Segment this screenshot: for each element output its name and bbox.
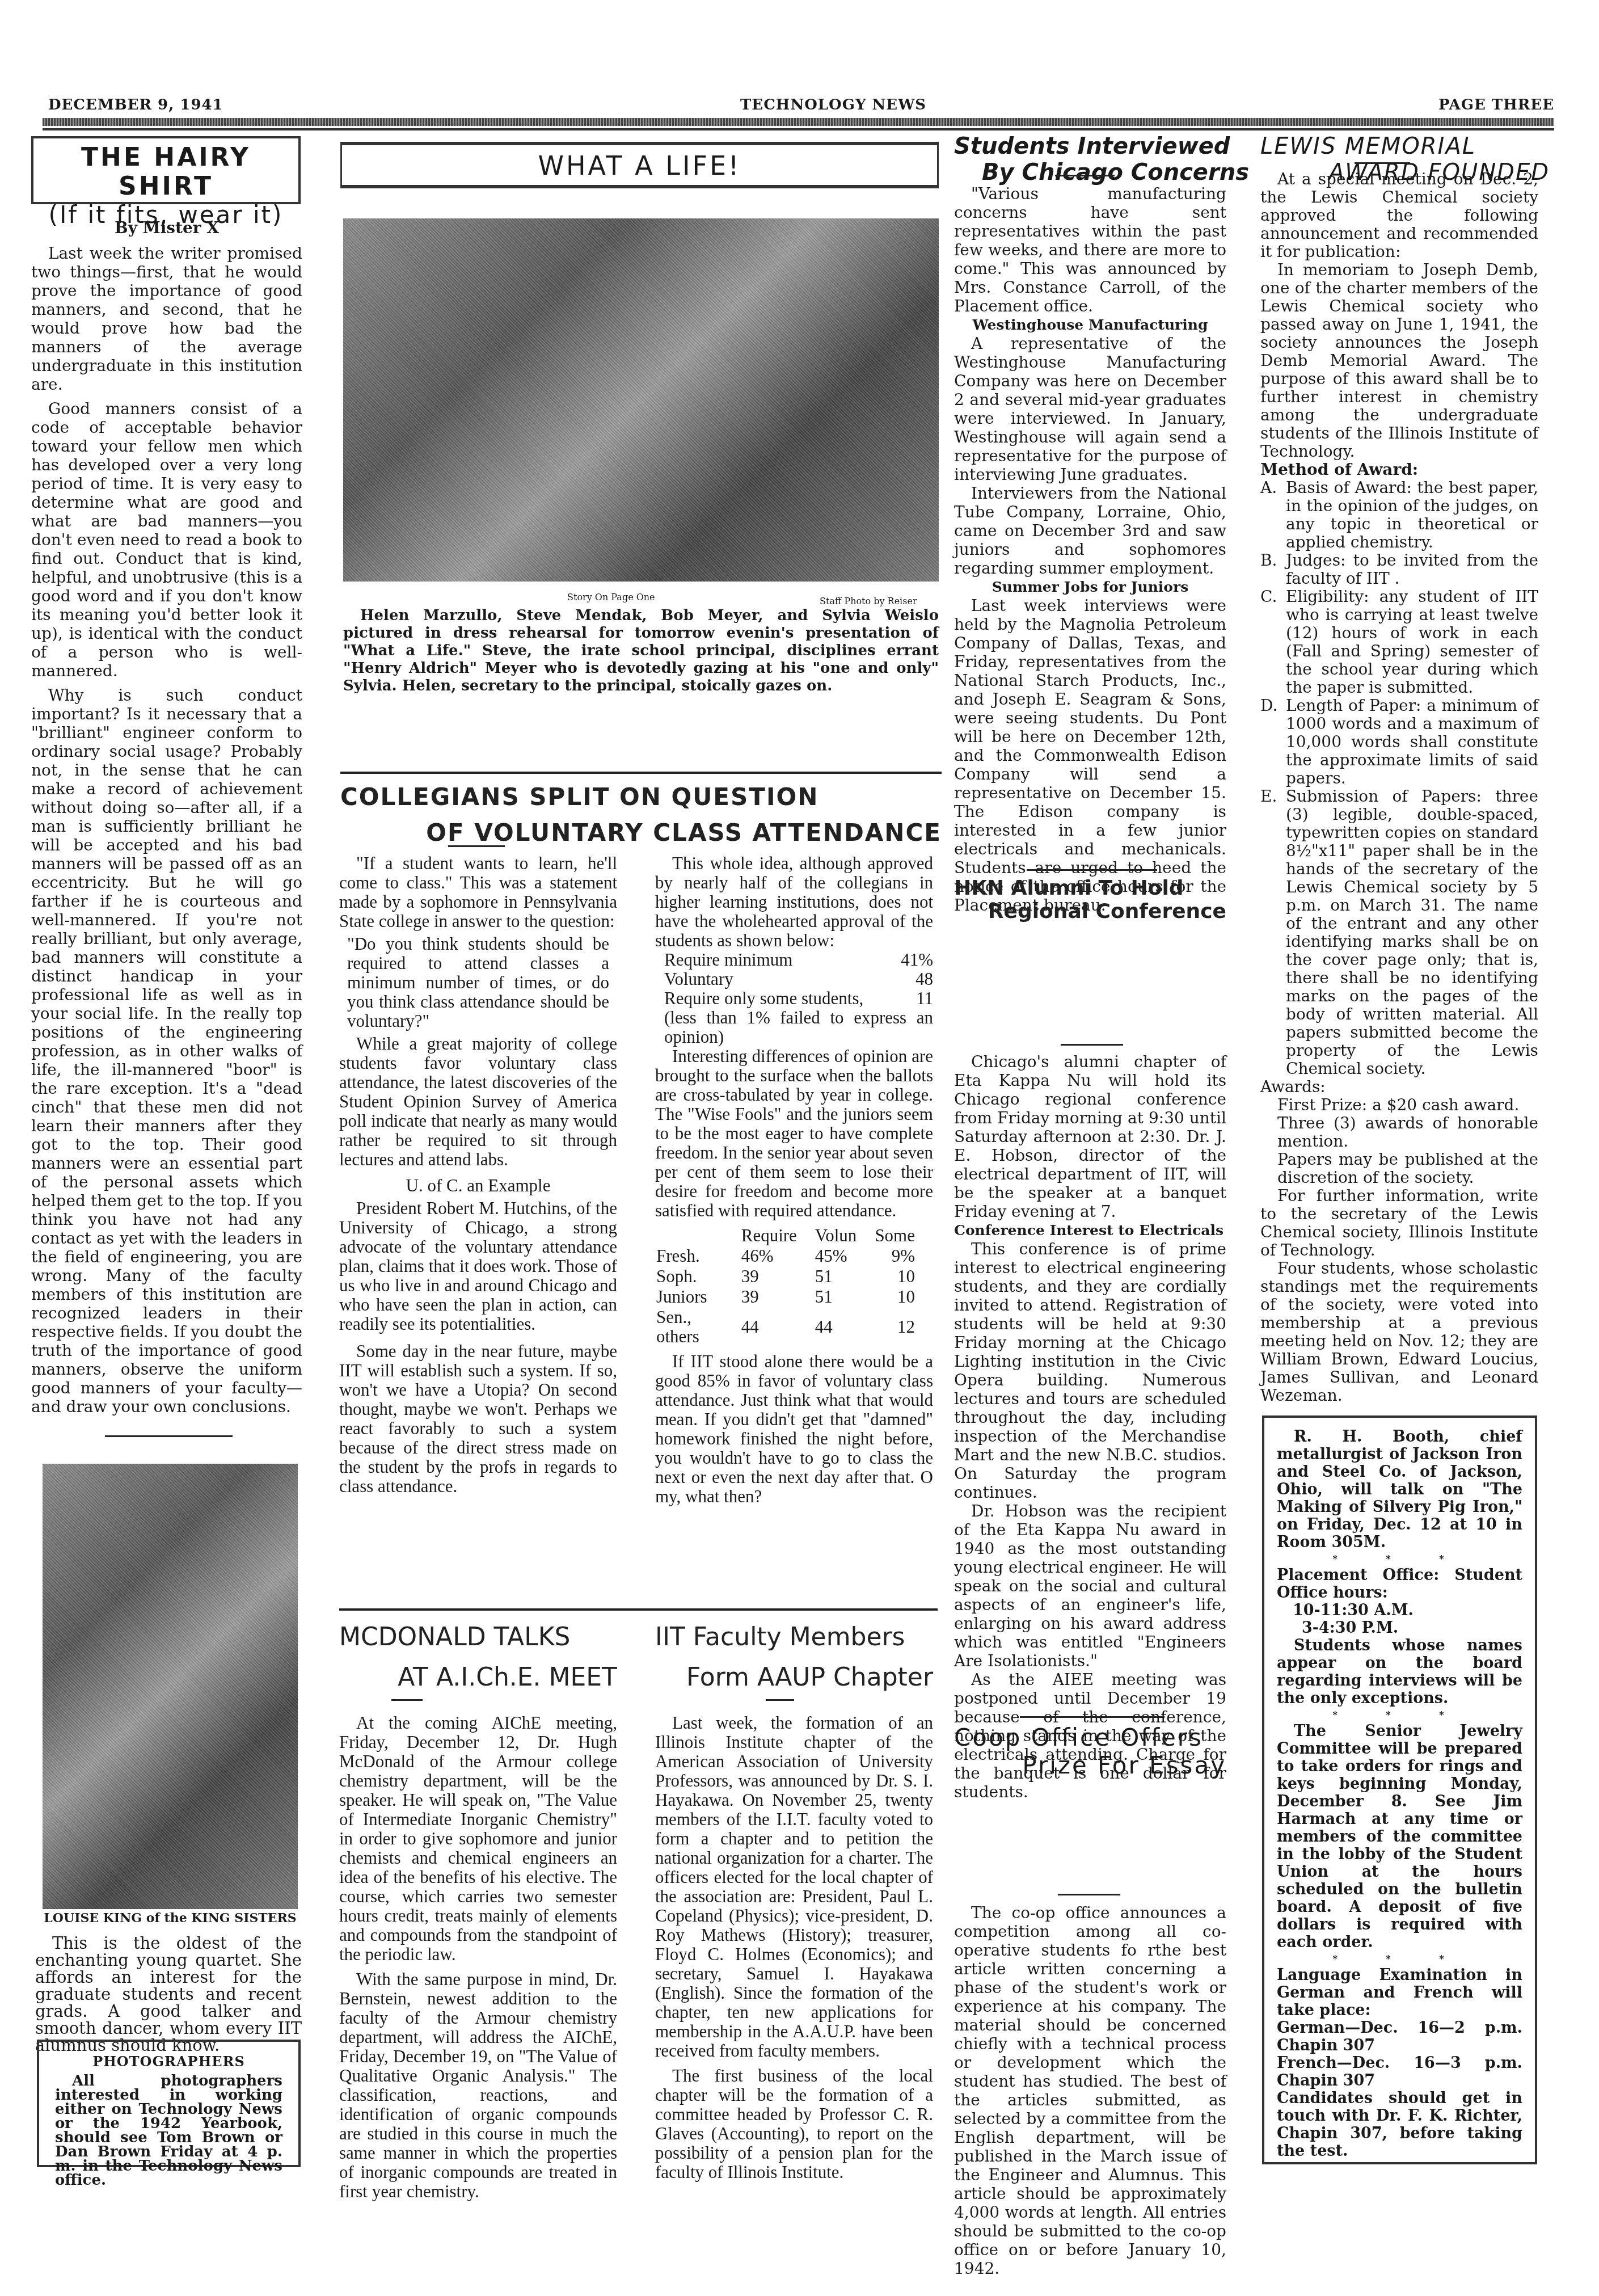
paragraph: This conference is of prime interest to … bbox=[954, 1240, 1226, 1502]
table-cell: 12 bbox=[875, 1308, 932, 1346]
paragraph: At a special meeting on Dec. 2, the Lewi… bbox=[1260, 170, 1538, 261]
newspaper-name: TECHNOLOGY NEWS bbox=[740, 96, 926, 113]
poll-value: 41% bbox=[901, 950, 933, 970]
item-label: A. bbox=[1260, 479, 1286, 551]
table-row: Fresh. 46% 45% 9% bbox=[656, 1246, 932, 1266]
table-cell: 9% bbox=[875, 1246, 932, 1266]
byline: By Mister X bbox=[31, 218, 302, 237]
table-row: Sen., others 44 44 12 bbox=[656, 1308, 932, 1346]
paragraph: With the same purpose in mind, Dr. Berns… bbox=[339, 1970, 617, 2201]
what-a-life-caption: Helen Marzullo, Steve Mendak, Bob Meyer,… bbox=[343, 607, 939, 695]
subhead: Summer Jobs for Juniors bbox=[954, 578, 1226, 596]
table-cell: Juniors bbox=[656, 1287, 740, 1307]
aaup-headline: IIT Faculty Members Form AAUP Chapter bbox=[655, 1623, 933, 1692]
paragraph: A representative of the Westinghouse Man… bbox=[954, 334, 1226, 484]
students-interviewed-article: "Various manufacturing concerns have sen… bbox=[954, 184, 1226, 915]
mcdonald-headline: MCDONALD TALKS AT A.I.Ch.E. MEET bbox=[339, 1623, 617, 1692]
headline-line1: LEWIS MEMORIAL bbox=[1260, 133, 1550, 159]
bulletin-box: R. H. Booth, chief metallurgist of Jacks… bbox=[1262, 1415, 1537, 2164]
table-cell: 45% bbox=[815, 1246, 874, 1266]
paragraph: Last week the writer promised two things… bbox=[31, 244, 302, 394]
poll-note: (less than 1% failed to express an opini… bbox=[664, 1008, 933, 1047]
placement-hours-pm: 3-4:30 P.M. bbox=[1277, 1619, 1522, 1637]
table-cell: 51 bbox=[815, 1267, 874, 1286]
headline-line2: Form AAUP Chapter bbox=[655, 1663, 933, 1692]
hairy-shirt-title: THE HAIRY SHIRT bbox=[33, 143, 298, 201]
item-text: Judges: to be invited from the faculty o… bbox=[1286, 551, 1538, 588]
item-text: Submission of Papers: three (3) legible,… bbox=[1286, 787, 1538, 1078]
headline-line1: Students Interviewed bbox=[954, 133, 1249, 159]
subhead: U. of C. an Example bbox=[339, 1176, 617, 1195]
louise-king-photo bbox=[43, 1464, 298, 1909]
award-first-prize: First Prize: a $20 cash award. bbox=[1260, 1096, 1538, 1114]
article-end-rule bbox=[1020, 1716, 1165, 1718]
item-text: Length of Paper: a minimum of 1000 words… bbox=[1286, 697, 1538, 787]
poll-value: 11 bbox=[916, 989, 933, 1008]
coop-headline: Coop Office Offers Prize For Essay bbox=[954, 1724, 1226, 1779]
paragraph: While a great majority of college studen… bbox=[339, 1034, 617, 1169]
award-publish: Papers may be published at the discretio… bbox=[1260, 1151, 1538, 1187]
paragraph: This is the oldest of the enchanting you… bbox=[35, 1935, 302, 2054]
german-exam: German—Dec. 16—2 p.m. Chapin 307 bbox=[1277, 2019, 1522, 2054]
aaup-article: Last week, the formation of an Illinois … bbox=[655, 1713, 933, 2182]
poll-results: Require minimum 41% Voluntary 48 Require… bbox=[664, 950, 933, 1047]
french-exam: French—Dec. 16—3 p.m. Chapin 307 bbox=[1277, 2054, 1522, 2089]
table-cell: 39 bbox=[741, 1287, 814, 1307]
what-a-life-title: WHAT A LIFE! bbox=[340, 142, 939, 188]
paragraph: Chicago's alumni chapter of Eta Kappa Nu… bbox=[954, 1052, 1226, 1221]
coop-article: The co-op office announces a competition… bbox=[954, 1903, 1226, 2278]
photo-credit-staff: Staff Photo by Reiser bbox=[820, 596, 917, 606]
award-honorable: Three (3) awards of honorable mention. bbox=[1260, 1114, 1538, 1151]
headline-rule bbox=[1058, 1894, 1120, 1895]
subhead: Westinghouse Manufacturing bbox=[954, 315, 1226, 334]
table-cell: 10 bbox=[875, 1287, 932, 1307]
headline-line2: Regional Conference bbox=[954, 900, 1226, 923]
poll-row: Require minimum 41% bbox=[664, 950, 933, 970]
poll-label: Voluntary bbox=[664, 970, 733, 989]
item-label: B. bbox=[1260, 551, 1286, 588]
item-label: E. bbox=[1260, 787, 1286, 1078]
headline-rule bbox=[766, 1699, 794, 1701]
paragraph: Last week, the formation of an Illinois … bbox=[655, 1713, 933, 2061]
section-rule bbox=[340, 772, 942, 774]
headline-rule bbox=[391, 1699, 423, 1701]
paragraph: Interviewers from the National Tube Comp… bbox=[954, 484, 1226, 578]
paragraph: President Robert M. Hutchins, of the Uni… bbox=[339, 1199, 617, 1334]
language-exam-title: Language Examination in German and Frenc… bbox=[1277, 1966, 1522, 2019]
paragraph: If IIT stood alone there would be a good… bbox=[655, 1352, 933, 1506]
paragraph: Interesting differences of opinion are b… bbox=[655, 1047, 933, 1220]
lewis-article: At a special meeting on Dec. 2, the Lewi… bbox=[1260, 170, 1538, 1405]
separator-stars: * * * bbox=[1277, 1553, 1522, 1564]
separator-stars: * * * bbox=[1277, 1709, 1522, 1720]
page-number: PAGE THREE bbox=[1438, 96, 1554, 113]
award-rule-c: C.Eligibility: any student of IIT who is… bbox=[1260, 588, 1538, 697]
students-interviewed-headline: Students Interviewed By Chicago Concerns bbox=[954, 133, 1249, 186]
item-label: C. bbox=[1260, 588, 1286, 697]
mcdonald-article: At the coming AIChE meeting, Friday, Dec… bbox=[339, 1713, 617, 2201]
headline-line2: By Chicago Concerns bbox=[954, 159, 1249, 186]
table-cell: Fresh. bbox=[656, 1246, 740, 1266]
paragraph: The co-op office announces a competition… bbox=[954, 1903, 1226, 2278]
paragraph: This whole idea, although approved by ne… bbox=[655, 854, 933, 950]
subhead: Conference Interest to Electricals bbox=[954, 1221, 1226, 1240]
survey-question: "Do you think students should be require… bbox=[347, 934, 609, 1031]
paragraph: For further information, write to the se… bbox=[1260, 1187, 1538, 1259]
headline-line2: OF VOLUNTARY CLASS ATTENDANCE bbox=[340, 819, 942, 846]
hkn-headline: HKN Alumni To Hold Regional Conference bbox=[954, 877, 1226, 923]
hairy-shirt-header-box: THE HAIRY SHIRT (If it fits, wear it) bbox=[31, 136, 301, 204]
poll-row: Voluntary 48 bbox=[664, 970, 933, 989]
paragraph: Some day in the near future, maybe IIT w… bbox=[339, 1342, 617, 1496]
item-label: D. bbox=[1260, 697, 1286, 787]
hairy-shirt-article: By Mister X Last week the writer promise… bbox=[31, 218, 302, 1416]
award-rule-b: B.Judges: to be invited from the faculty… bbox=[1260, 551, 1538, 588]
table-cell: Volun bbox=[815, 1226, 874, 1245]
paragraph: "If a student wants to learn, he'll come… bbox=[339, 854, 617, 931]
headline-line2: Prize For Essay bbox=[954, 1751, 1226, 1779]
collegians-col2: This whole idea, although approved by ne… bbox=[655, 854, 933, 1506]
masthead: DECEMBER 9, 1941 TECHNOLOGY NEWS PAGE TH… bbox=[43, 96, 1554, 119]
paragraph: Last week interviews were held by the Ma… bbox=[954, 596, 1226, 915]
table-cell: Soph. bbox=[656, 1267, 740, 1286]
table-cell: Require bbox=[741, 1226, 814, 1245]
article-end-rule bbox=[105, 1435, 233, 1437]
section-rule bbox=[339, 1608, 938, 1611]
table-cell: 10 bbox=[875, 1267, 932, 1286]
booth-notice: R. H. Booth, chief metallurgist of Jacks… bbox=[1277, 1428, 1522, 1551]
table-row: Soph. 39 51 10 bbox=[656, 1267, 932, 1286]
paragraph: Four students, whose scholastic standing… bbox=[1260, 1259, 1538, 1405]
collegians-headline: COLLEGIANS SPLIT ON QUESTION OF VOLUNTAR… bbox=[340, 783, 942, 846]
headline-line1: IIT Faculty Members bbox=[655, 1623, 933, 1652]
table-cell: 51 bbox=[815, 1287, 874, 1307]
paragraph: Dr. Hobson was the recipient of the Eta … bbox=[954, 1502, 1226, 1670]
poll-label: Require only some students, bbox=[664, 989, 863, 1008]
caption-text: Helen Marzullo, Steve Mendak, Bob Meyer,… bbox=[343, 607, 939, 695]
headline-line1: MCDONALD TALKS bbox=[339, 1623, 617, 1652]
notice-title: PHOTOGRAPHERS bbox=[55, 2053, 282, 2070]
headline-rule bbox=[1055, 175, 1115, 176]
table-cell: 46% bbox=[741, 1246, 814, 1266]
table-cell: Sen., others bbox=[656, 1308, 740, 1346]
paragraph: At the coming AIChE meeting, Friday, Dec… bbox=[339, 1713, 617, 1964]
poll-value: 48 bbox=[915, 970, 933, 989]
masthead-rule bbox=[43, 118, 1554, 126]
issue-date: DECEMBER 9, 1941 bbox=[48, 96, 223, 113]
what-a-life-photo bbox=[343, 218, 939, 582]
photographers-notice: PHOTOGRAPHERS All photographers interest… bbox=[37, 2040, 301, 2167]
collegians-col1: "If a student wants to learn, he'll come… bbox=[339, 854, 617, 1496]
placement-hours-am: 10-11:30 A.M. bbox=[1277, 1602, 1522, 1619]
table-cell: Some bbox=[875, 1226, 932, 1245]
headline-line2: AT A.I.Ch.E. MEET bbox=[339, 1663, 617, 1692]
headline-line1: Coop Office Offers bbox=[954, 1724, 1226, 1751]
table-cell bbox=[656, 1226, 740, 1245]
headline-rule bbox=[1061, 1044, 1123, 1046]
placement-title: Placement Office: Student Office hours: bbox=[1277, 1566, 1522, 1602]
louise-king-text: This is the oldest of the enchanting you… bbox=[35, 1935, 302, 2054]
table-cell: 39 bbox=[741, 1267, 814, 1286]
award-rule-a: A.Basis of Award: the best paper, in the… bbox=[1260, 479, 1538, 551]
headline-rule bbox=[1355, 162, 1410, 164]
headline-line1: COLLEGIANS SPLIT ON QUESTION bbox=[340, 783, 942, 811]
paragraph: The first business of the local chapter … bbox=[655, 2066, 933, 2182]
class-year-table: Require Volun Some Fresh. 46% 45% 9% Sop… bbox=[655, 1225, 933, 1347]
placement-note: Students whose names appear on the board… bbox=[1277, 1637, 1522, 1707]
poll-label: Require minimum bbox=[664, 950, 792, 970]
notice-text: All photographers interested in working … bbox=[55, 2074, 282, 2188]
item-text: Basis of Award: the best paper, in the o… bbox=[1286, 479, 1538, 551]
table-row: Juniors 39 51 10 bbox=[656, 1287, 932, 1307]
separator-stars: * * * bbox=[1277, 1953, 1522, 1964]
jewelry-notice: The Senior Jewelry Committee will be pre… bbox=[1277, 1722, 1522, 1951]
method-label: Method of Award: bbox=[1260, 461, 1538, 479]
photo-credit-story: Story On Page One bbox=[567, 592, 655, 603]
awards-label: Awards: bbox=[1260, 1078, 1538, 1096]
hkn-article: Chicago's alumni chapter of Eta Kappa Nu… bbox=[954, 1052, 1226, 1801]
article-end-rule bbox=[1027, 869, 1157, 871]
award-rule-e: E.Submission of Papers: three (3) legibl… bbox=[1260, 787, 1538, 1078]
paragraph: Good manners consist of a code of accept… bbox=[31, 399, 302, 680]
paragraph: In memoriam to Joseph Demb, one of the c… bbox=[1260, 261, 1538, 461]
table-header: Require Volun Some bbox=[656, 1226, 932, 1245]
headline-rule bbox=[448, 845, 505, 847]
masthead-rule-thin bbox=[43, 128, 1554, 130]
table-cell: 44 bbox=[815, 1308, 874, 1346]
headline-line1: HKN Alumni To Hold bbox=[954, 877, 1226, 900]
item-text: Eligibility: any student of IIT who is c… bbox=[1286, 588, 1538, 697]
award-rule-d: D.Length of Paper: a minimum of 1000 wor… bbox=[1260, 697, 1538, 787]
paragraph: "Various manufacturing concerns have sen… bbox=[954, 184, 1226, 315]
language-exam-note: Candidates should get in touch with Dr. … bbox=[1277, 2089, 1522, 2160]
paragraph: Why is such conduct important? Is it nec… bbox=[31, 686, 302, 1416]
photo-caption: LOUISE KING of the KING SISTERS bbox=[43, 1911, 298, 1926]
poll-row: Require only some students, 11 bbox=[664, 989, 933, 1008]
table-cell: 44 bbox=[741, 1308, 814, 1346]
